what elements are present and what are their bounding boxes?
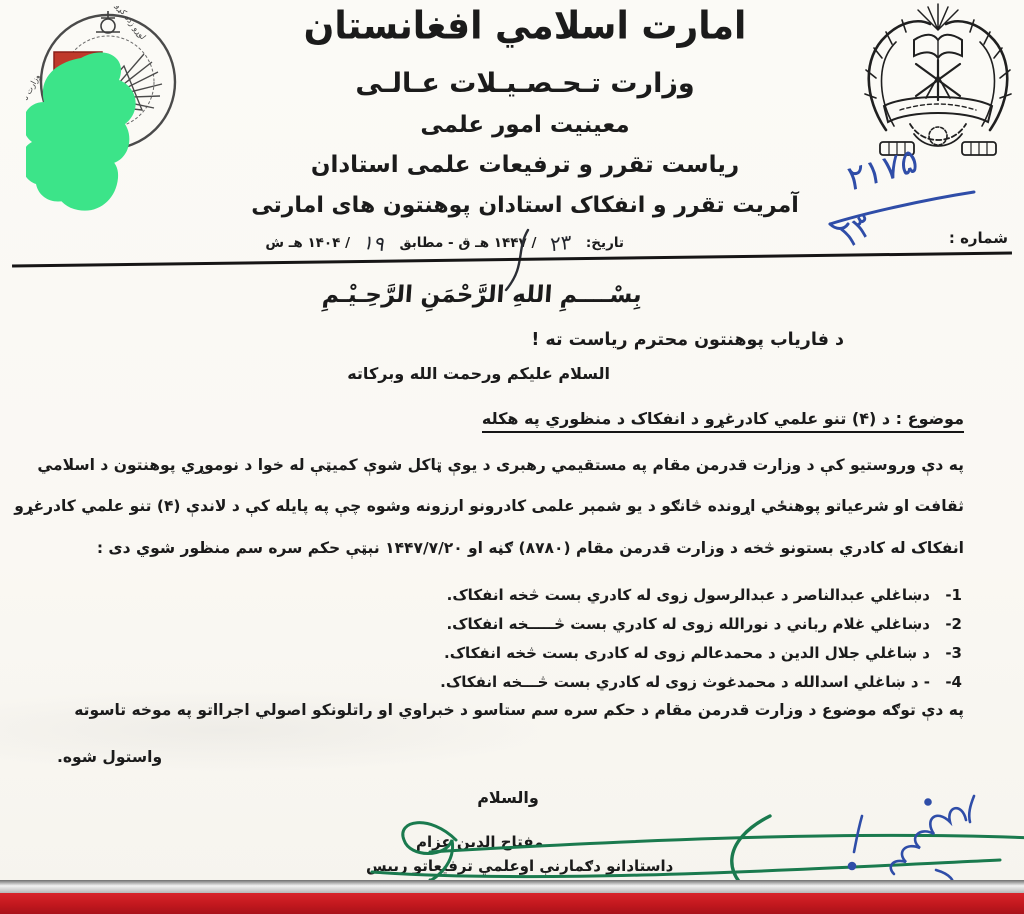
bismillah-calligraphy: بِسْــــمِ اللهِ الرَّحْمَنِ الرَّحِـيْـ…	[0, 282, 965, 308]
deputy-ministry-title: معینیت امور علمی	[170, 112, 880, 138]
list-item: 3- د ښاغلي جلال الدین د محمدعالم زوی له …	[440, 644, 962, 673]
closing-line-2: واستول شوه.	[57, 748, 162, 766]
handwritten-underline-stroke	[822, 178, 982, 238]
valediction: والسلام	[448, 788, 568, 807]
bottom-red-bar	[0, 893, 1024, 914]
body-paragraph-line-3: انفکاک له کادري بستونو څخه د وزارت قدرمن…	[97, 539, 964, 557]
scanned-letter: وزارت تحصیلات لوړو زده کړو وزارت Higher …	[0, 0, 1024, 914]
body-paragraph-line-2: ثقافت او شرعیاتو پوهنځي اړونده څانګو د ی…	[14, 497, 964, 515]
list-item-text: دښاغلي عبدالناصر د عبدالرسول زوی له کادر…	[447, 586, 930, 604]
date-line: تاریخ: ۲۳ / ۱۴۴۷ هـ ق - مطابق ۱۹ / ۱۴۰۴ …	[265, 231, 624, 255]
ministry-title: وزارت تـحـصـیـلات عـالـی	[170, 68, 880, 99]
handwritten-date-day: ۲۳	[550, 229, 572, 256]
closing-line-1: په دې توګه موضوع د وزارت قدرمن مقام د حک…	[74, 701, 964, 719]
redaction-blob-lower	[54, 153, 118, 210]
office-title: آمریت تقرر و انفکاک استادان پوهنتون های …	[170, 193, 880, 218]
salutation-line: السلام علیکم ورحمت الله وبرکاته	[347, 364, 610, 383]
emirate-calligraphy-title: امارت اسلامي افغانستان	[170, 5, 880, 48]
ministry-seal-icon: وزارت تحصیلات لوړو زده کړو وزارت Higher …	[26, 6, 190, 222]
date-hijri-shamsi: / ۱۴۰۴ هـ ش	[265, 235, 350, 251]
list-item: 2- دښاغلي غلام رباني د نورالله زوی له کا…	[440, 615, 962, 644]
dismissal-list: 1- دښاغلي عبدالناصر د عبدالرسول زوی له ک…	[440, 586, 962, 702]
seal-crest-icon	[96, 11, 120, 33]
handwritten-date-day-2: ۱۹	[361, 230, 389, 256]
directorate-title: ریاست تقرر و ترفیعات علمی استادان	[170, 152, 880, 178]
addressee-line: د فاریاب پوهنتون محترم ریاست ته !	[531, 330, 844, 350]
list-item-number: 3-	[940, 644, 962, 662]
list-item-number: 1-	[940, 586, 962, 604]
date-label: تاریخ:	[586, 235, 624, 251]
national-emblem-icon	[856, 2, 1020, 160]
subject-line: موضوع : د (۴) تنو علمي کادرغړو د انفکاک …	[482, 409, 964, 433]
list-item-number: 2-	[940, 615, 962, 633]
list-item: 1- دښاغلي عبدالناصر د عبدالرسول زوی له ک…	[440, 586, 962, 615]
list-item-text: د ښاغلي جلال الدین د محمدعالم زوی له کاد…	[444, 644, 930, 662]
bottom-gray-strip	[0, 880, 1024, 893]
body-paragraph-line-1: په دې وروستیو کې د وزارت قدرمن مقام په م…	[37, 456, 964, 474]
list-item-text: دښاغلي غلام رباني د نورالله زوی له کادري…	[446, 615, 930, 633]
list-item-number: 4-	[940, 673, 962, 691]
